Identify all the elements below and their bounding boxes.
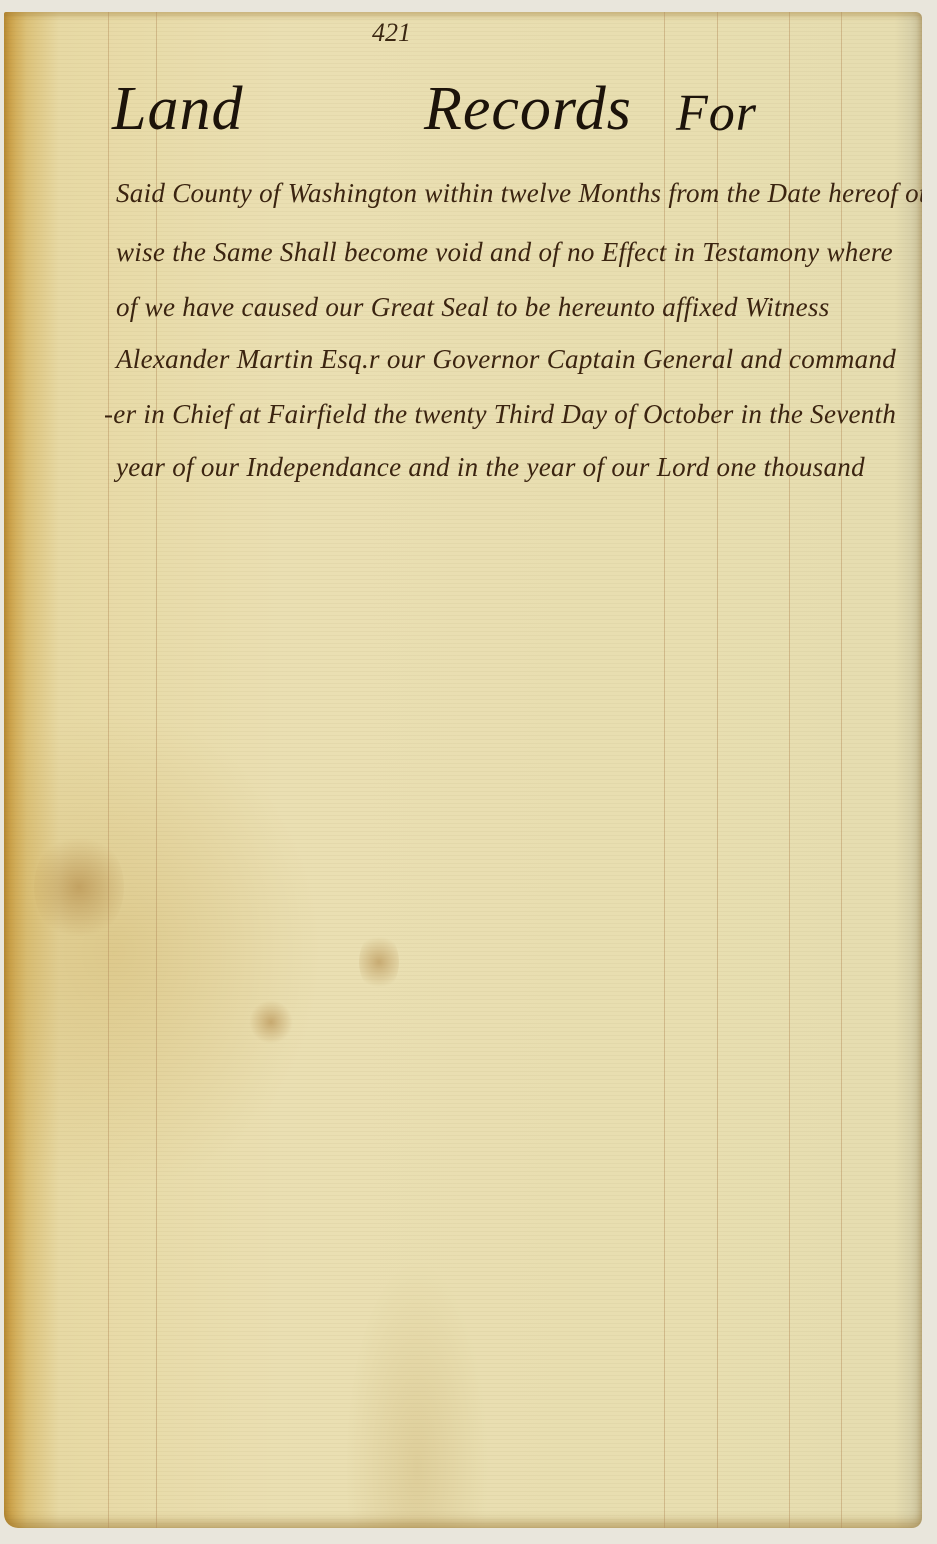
scanned-document: 421 Land Records For Said County of Wash… — [0, 0, 937, 1544]
page-number: 421 — [372, 18, 411, 48]
water-stain — [249, 1000, 293, 1044]
header-word-records: Records — [424, 74, 632, 145]
margin-rule — [108, 12, 109, 1528]
text-line: wise the Same Shall become void and of n… — [116, 237, 893, 268]
text-line: Alexander Martin Esq.r our Governor Capt… — [116, 344, 896, 375]
water-stain — [359, 932, 399, 992]
text-line: year of our Independance and in the year… — [116, 452, 865, 483]
text-line: of we have caused our Great Seal to be h… — [116, 292, 830, 323]
header-word-land: Land — [112, 74, 243, 145]
text-line: Said County of Washington within twelve … — [116, 178, 922, 209]
header-word-for: For — [676, 84, 757, 143]
water-stain — [34, 832, 124, 942]
text-line: -er in Chief at Fairfield the twenty Thi… — [104, 399, 896, 430]
manuscript-page: 421 Land Records For Said County of Wash… — [4, 12, 922, 1528]
